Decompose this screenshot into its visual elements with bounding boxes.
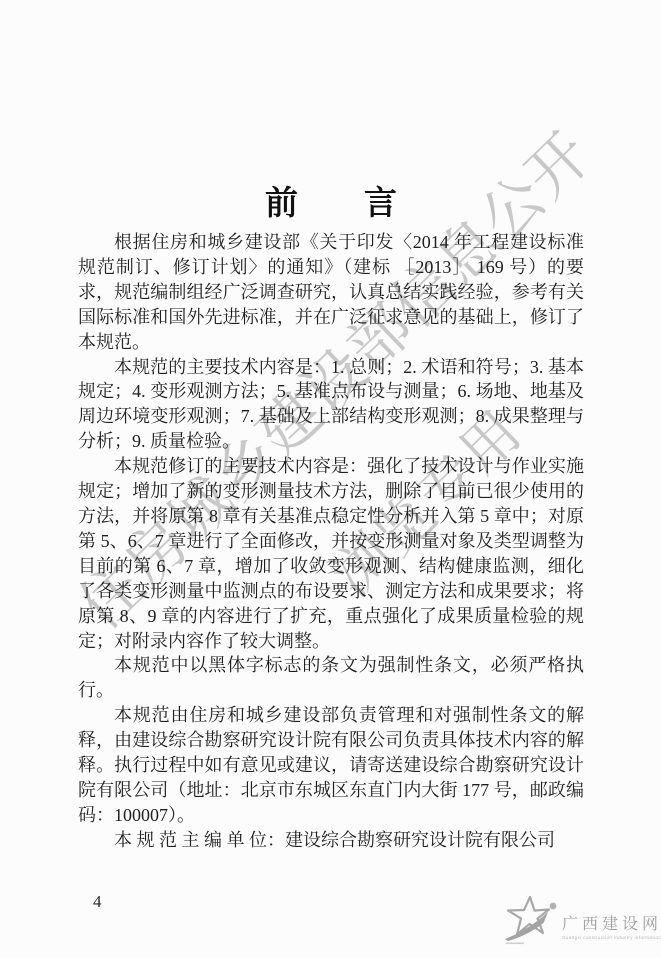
site-logo-name: 广西建设网 bbox=[562, 916, 661, 934]
paragraph-basis: 根据住房和城乡建设部《关于印发〈2014 年工程建设标准规范制订、修订计划〉的通… bbox=[78, 230, 584, 355]
document-page: 住房城乡建设部信息公开 浏览专用 前 言 根据住房和城乡建设部《关于印发〈201… bbox=[0, 0, 661, 958]
site-logo-tagline: Guangxi construction industry informatio… bbox=[562, 935, 661, 941]
paragraph-revision-contents: 本规范修订的主要技术内容是：强化了技术设计与作业实施规定；增加了新的变形测量技术… bbox=[78, 454, 584, 653]
site-logo-text: 广西建设网 Guangxi construction industry info… bbox=[562, 916, 661, 941]
page-number: 4 bbox=[93, 892, 102, 912]
site-logo: 广西建设网 Guangxi construction industry info… bbox=[503, 894, 661, 951]
paragraph-management: 本规范由住房和城乡建设部负责管理和对强制性条文的解释，由建设综合勘察研究设计院有… bbox=[78, 703, 584, 828]
star-icon bbox=[503, 894, 557, 951]
paragraph-mandatory-provisions: 本规范中以黑体字标志的条文为强制性条文，必须严格执行。 bbox=[78, 653, 584, 703]
paragraph-main-contents: 本规范的主要技术内容是：1. 总则；2. 术语和符号；3. 基本规定；4. 变形… bbox=[78, 355, 584, 455]
paragraph-chief-editor: 本 规 范 主 编 单 位：建设综合勘察研究设计院有限公司 bbox=[78, 828, 584, 853]
page-title: 前 言 bbox=[78, 177, 584, 224]
foreword-body: 根据住房和城乡建设部《关于印发〈2014 年工程建设标准规范制订、修订计划〉的通… bbox=[78, 230, 584, 853]
